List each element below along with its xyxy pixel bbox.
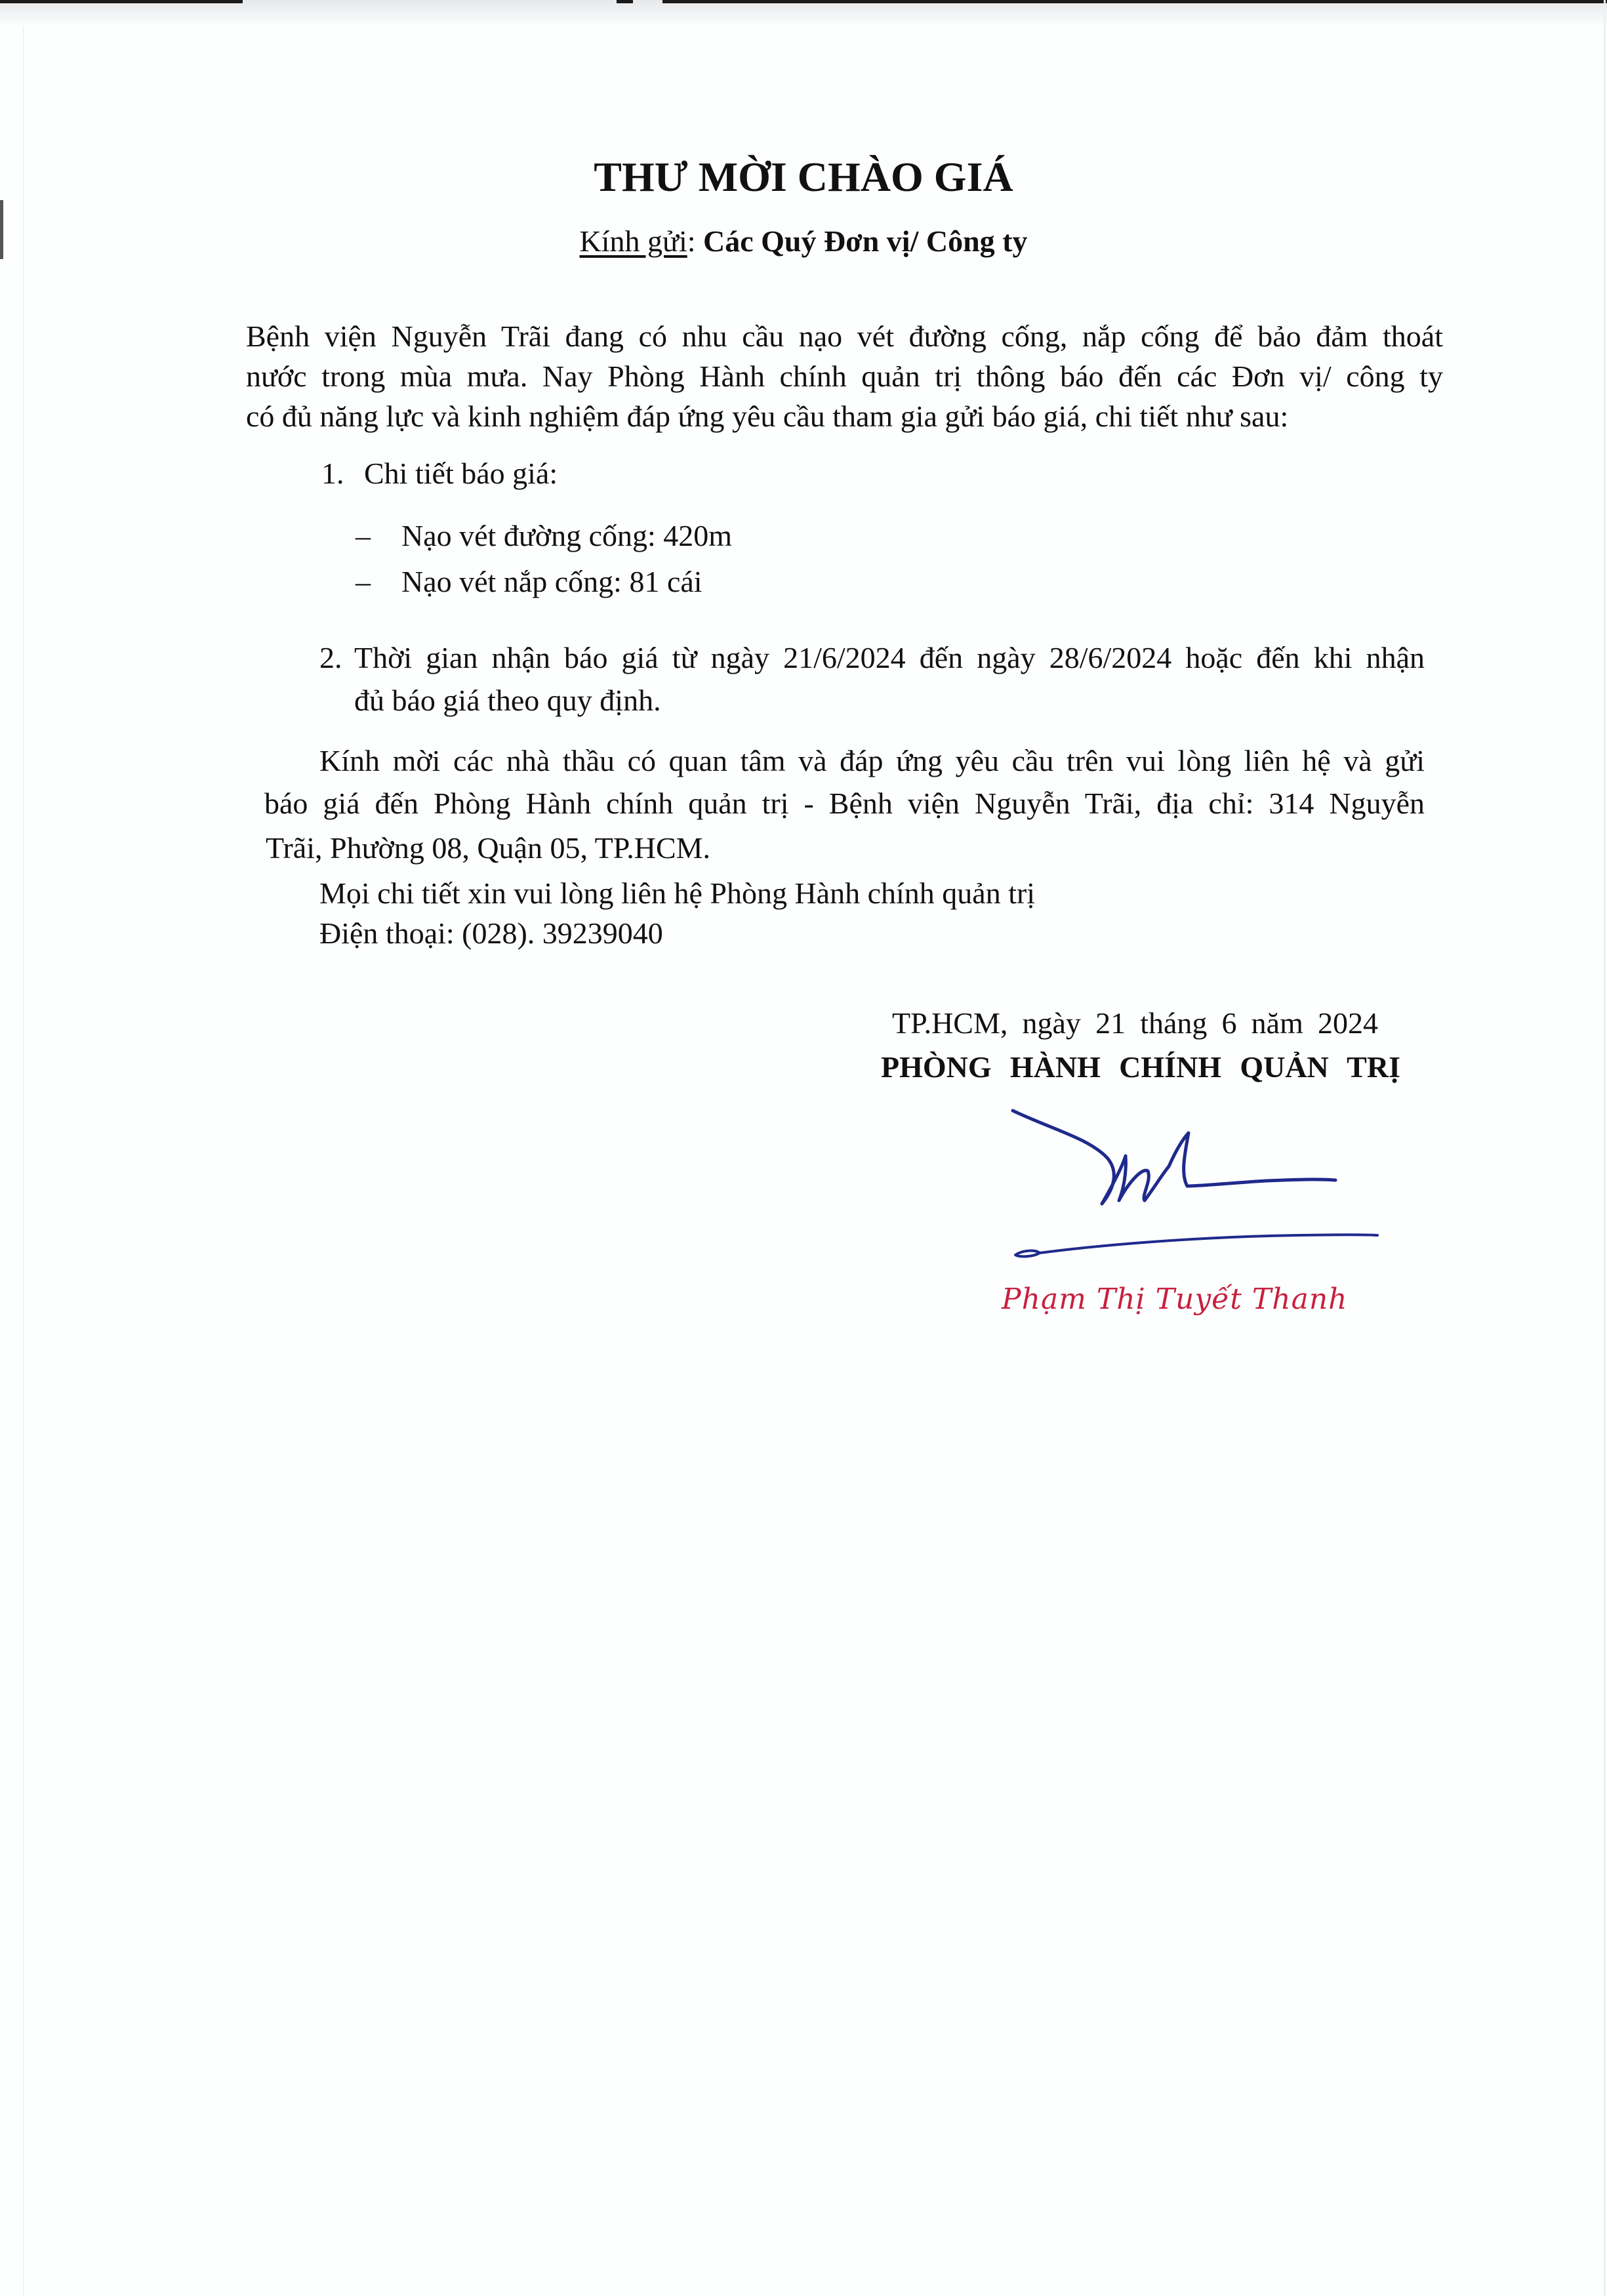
handwritten-signature [0,0,1607,1378]
signer-name: Phạm Thị Tuyết Thanh [1002,1282,1284,1316]
